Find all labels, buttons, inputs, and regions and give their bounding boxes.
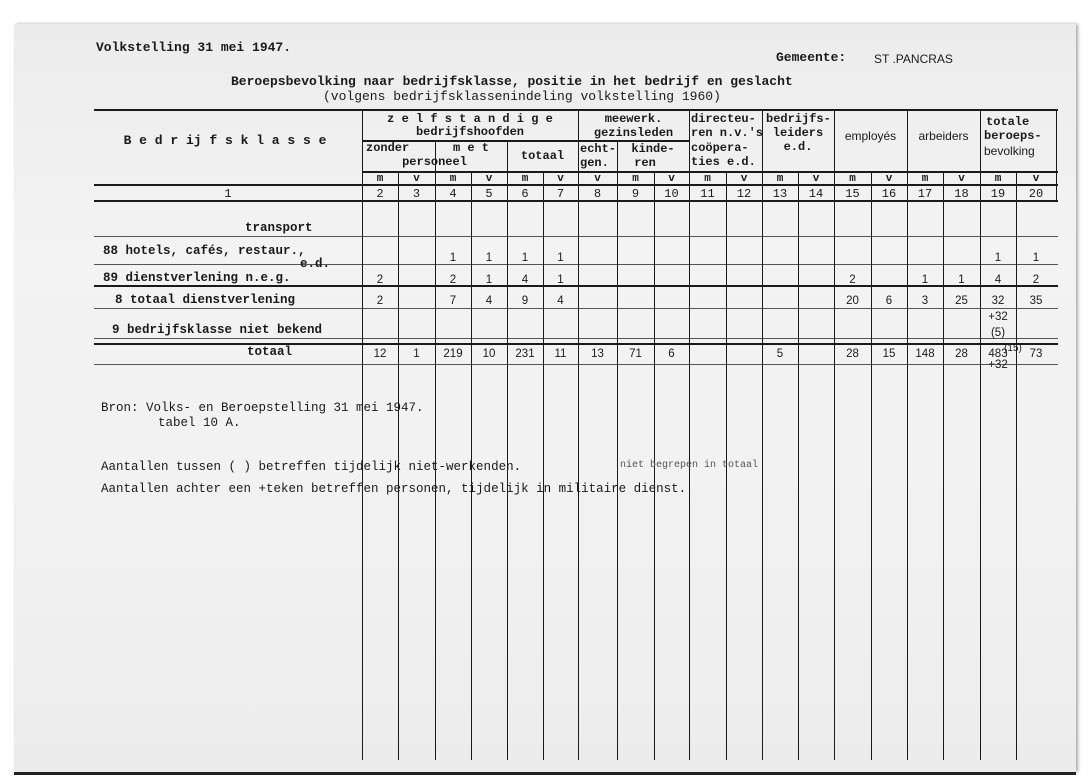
table-cell: 20 <box>834 296 871 308</box>
grid-line <box>907 111 908 760</box>
table-cell: 11 <box>543 349 578 361</box>
grid-line <box>762 111 763 760</box>
header-directeuren-2: ren n.v.'s <box>689 127 764 139</box>
header-bedrijfsleiders-3: e.d. <box>762 141 834 153</box>
table-cell: 1 <box>943 275 980 287</box>
column-number: 12 <box>726 188 762 200</box>
table-cell: 219 <box>435 349 471 361</box>
header-kinderen-2: ren <box>617 157 673 169</box>
grid-line <box>578 111 579 760</box>
sex-label: v <box>543 174 578 185</box>
header-bedrijfshoofden: bedrijfshoofden <box>362 126 578 138</box>
note-parentheses: Aantallen tussen ( ) betreffen tijdelijk… <box>101 461 521 474</box>
sex-label: m <box>980 174 1016 185</box>
sex-label: v <box>798 174 834 185</box>
grid-line <box>834 111 835 760</box>
table-cell: 35 <box>1016 296 1056 308</box>
grid-line <box>435 141 436 760</box>
sex-label: v <box>398 174 435 185</box>
column-number: 11 <box>689 188 726 200</box>
grid-line <box>980 111 981 760</box>
table-cell: 10 <box>471 349 507 361</box>
sex-label: v <box>726 174 762 185</box>
row-header: B e d r ij f s k l a s s e <box>100 134 350 147</box>
table-cell: 2 <box>1016 275 1056 287</box>
header-employes: employés <box>834 130 907 142</box>
header-totale-2: beroeps- <box>980 130 1060 142</box>
header-bedrijfsleiders-1: bedrijfs- <box>762 113 838 125</box>
table-cell: 1 <box>435 253 471 265</box>
table-cell: 4 <box>980 275 1016 287</box>
column-number: 8 <box>578 188 617 200</box>
column-number: 20 <box>1016 188 1056 200</box>
header-zelfstandige: z e l f s t a n d i g e <box>362 113 578 125</box>
header-arbeiders: arbeiders <box>907 130 980 142</box>
table-cell: 3 <box>907 296 943 308</box>
table-cell: 28 <box>943 349 980 361</box>
table-cell: 32 <box>980 296 1016 308</box>
row-label-89: 89 dienstverlening n.e.g. <box>103 272 291 285</box>
sex-label: m <box>362 174 398 185</box>
grid-line <box>94 364 1058 365</box>
grid-line <box>689 111 690 760</box>
column-number: 13 <box>762 188 798 200</box>
header-personeel: personeel <box>362 156 507 168</box>
header-totale-3: bevolking <box>980 145 1060 157</box>
sex-label: v <box>471 174 507 185</box>
row-label-9: 9 bedrijfsklasse niet bekend <box>112 324 322 337</box>
sex-label: m <box>617 174 654 185</box>
sex-label: v <box>943 174 980 185</box>
column-number: 15 <box>834 188 871 200</box>
table-subtitle: (volgens bedrijfsklassenindeling volkste… <box>323 90 721 103</box>
table-cell: 1 <box>980 253 1016 265</box>
table-cell: 71 <box>617 349 654 361</box>
sex-label: v <box>654 174 689 185</box>
table-cell: 1 <box>507 253 543 265</box>
table-cell: 15 <box>871 349 907 361</box>
note-paren15-totaal: (15) <box>995 344 1031 354</box>
row-label-totaal: totaal <box>247 346 292 359</box>
note-handwritten: niet begrepen in totaal <box>620 461 758 471</box>
header-gezinsleden: gezinsleden <box>578 127 689 139</box>
table-cell: 13 <box>578 349 617 361</box>
sex-label: v <box>578 174 617 185</box>
column-number: 10 <box>654 188 689 200</box>
column-number: 7 <box>543 188 578 200</box>
header-bedrijfsleiders-2: leiders <box>762 127 834 139</box>
column-number: 4 <box>435 188 471 200</box>
table-title: Beroepsbevolking naar bedrijfsklasse, po… <box>231 75 793 88</box>
table-cell: 2 <box>834 275 871 287</box>
gemeente-label: Gemeente: <box>776 51 846 64</box>
table-cell: 1 <box>398 349 435 361</box>
grid-line <box>762 171 1058 173</box>
header-directeuren-4: ties e.d. <box>689 156 764 168</box>
table-cell: 1 <box>543 275 578 287</box>
column-number: 9 <box>617 188 654 200</box>
table-cell: 1 <box>907 275 943 287</box>
table-cell: 9 <box>507 296 543 308</box>
table-cell: 28 <box>834 349 871 361</box>
column-number: 5 <box>471 188 507 200</box>
header-directeuren-1: directeu- <box>689 113 764 125</box>
table-cell: 12 <box>362 349 398 361</box>
table-cell: 6 <box>871 296 907 308</box>
source-line-2: tabel 10 A. <box>158 417 241 430</box>
grid-line <box>871 171 872 760</box>
table-cell: 25 <box>943 296 980 308</box>
column-number: 14 <box>798 188 834 200</box>
gemeente-value: ST .PANCRAS <box>874 53 953 65</box>
grid-line <box>798 171 799 760</box>
header-echtgen-1: echt- <box>578 143 619 155</box>
table-cell: 1 <box>1016 253 1056 265</box>
grid-line <box>362 111 363 760</box>
table-cell: 7 <box>435 296 471 308</box>
header-zonder: zonder <box>362 142 434 154</box>
sex-label: v <box>871 174 907 185</box>
census-title: Volkstelling 31 mei 1947. <box>96 41 291 54</box>
sex-label: m <box>834 174 871 185</box>
table-cell: 2 <box>435 275 471 287</box>
table-cell: 6 <box>654 349 689 361</box>
note-plus32-row8: +32 <box>980 312 1016 324</box>
sex-label: m <box>762 174 798 185</box>
table-cell: 2 <box>362 296 398 308</box>
column-number: 2 <box>362 188 398 200</box>
row-label-88: 88 hotels, cafés, restaur., <box>103 245 306 258</box>
table-cell: 231 <box>507 349 543 361</box>
header-totale-1: totale <box>980 116 1062 128</box>
header-meewerk: meewerk. <box>578 113 689 125</box>
header-echtgen-2: gen. <box>578 157 619 169</box>
grid-line <box>94 200 1058 202</box>
table-cell: 2 <box>362 275 398 287</box>
column-number: 17 <box>907 188 943 200</box>
grid-line <box>94 338 1058 339</box>
grid-line <box>617 141 618 760</box>
column-number: 3 <box>398 188 435 200</box>
note-paren5-row8: (5) <box>980 328 1016 340</box>
table-cell: 4 <box>507 275 543 287</box>
grid-line <box>94 109 1058 111</box>
row-label-88-cont: e.d. <box>300 258 330 271</box>
row-label-8: 8 totaal dienstverlening <box>115 294 295 307</box>
source-line-1: Bron: Volks- en Beroepstelling 31 mei 19… <box>101 402 424 415</box>
sex-label: m <box>435 174 471 185</box>
column-number: 19 <box>980 188 1016 200</box>
row-label-transport: transport <box>245 222 313 235</box>
grid-line <box>94 236 1058 237</box>
note-plus32-totaal: +32 <box>980 360 1016 372</box>
table-cell: 148 <box>907 349 943 361</box>
header-directeuren-3: coöpera- <box>689 142 764 154</box>
header-kinderen-1: kinde- <box>617 143 689 155</box>
header-met: m e t <box>435 142 507 154</box>
note-plus-sign: Aantallen achter een +teken betreffen pe… <box>101 483 686 496</box>
grid-line <box>943 171 944 760</box>
column-number: 16 <box>871 188 907 200</box>
table-cell: 1 <box>471 253 507 265</box>
sex-label: m <box>507 174 543 185</box>
row-header-number: 1 <box>94 188 362 200</box>
grid-line <box>94 308 1058 309</box>
grid-line <box>507 141 508 760</box>
grid-line <box>94 343 1058 345</box>
table-cell: 1 <box>471 275 507 287</box>
sex-label: m <box>907 174 943 185</box>
table-cell: 1 <box>543 253 578 265</box>
table-cell: 5 <box>762 349 798 361</box>
sex-label: v <box>1016 174 1056 185</box>
sex-label: m <box>689 174 726 185</box>
column-number: 6 <box>507 188 543 200</box>
table-cell: 4 <box>543 296 578 308</box>
column-number: 18 <box>943 188 980 200</box>
table-cell: 4 <box>471 296 507 308</box>
header-totaal: totaal <box>507 150 578 162</box>
